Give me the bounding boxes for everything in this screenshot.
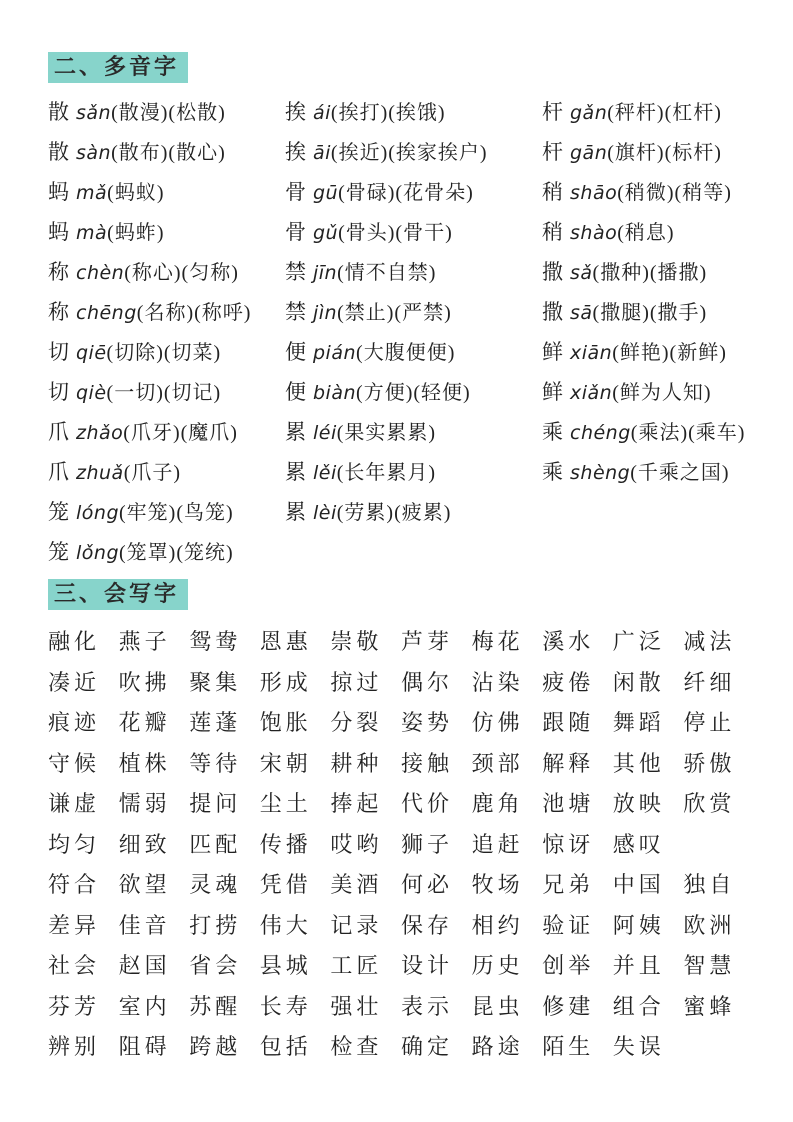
- entry-character: 爪: [48, 420, 69, 444]
- entry-example-words: (挨打)(挨饿): [331, 102, 446, 124]
- entry-pinyin: āi: [313, 142, 331, 164]
- word-item: 检查: [330, 1030, 401, 1061]
- entry-pinyin: shèng: [570, 462, 630, 484]
- entry-character: 累: [285, 420, 306, 444]
- word-item: 纤细: [683, 666, 754, 697]
- entry-pinyin: zhǎo: [76, 422, 123, 444]
- word-item: 欲望: [119, 868, 190, 899]
- word-item: 验证: [542, 909, 613, 940]
- duoyinzi-entry: 稍shāo(稍微)(稍等): [542, 172, 757, 212]
- duoyinzi-entry: 禁jìn(禁止)(严禁): [285, 292, 542, 332]
- word-item: 智慧: [683, 949, 754, 980]
- entry-character: 爪: [48, 460, 69, 484]
- word-item: 传播: [260, 828, 331, 859]
- duoyinzi-entry: 散sàn(散布)(散心): [48, 132, 285, 172]
- word-item: 吹拂: [119, 666, 190, 697]
- word-item: 掠过: [330, 666, 401, 697]
- entry-example-words: (名称)(称呼): [137, 302, 252, 324]
- word-item: 广泛: [613, 625, 684, 656]
- word-item: 捧起: [330, 787, 401, 818]
- word-item: 强壮: [330, 990, 401, 1021]
- duoyinzi-heading: 二、多音字: [48, 52, 188, 83]
- huixiezi-heading: 三、会写字: [48, 579, 188, 610]
- word-item: 跨越: [189, 1030, 260, 1061]
- word-item: 舞蹈: [613, 706, 684, 737]
- entry-example-words: (骨碌)(花骨朵): [338, 182, 474, 204]
- word-item: 记录: [330, 909, 401, 940]
- word-item: 芦芽: [401, 625, 472, 656]
- entry-example-words: (鲜为人知): [612, 382, 711, 404]
- word-item: 保存: [401, 909, 472, 940]
- word-item: 骄傲: [683, 747, 754, 778]
- word-item: 芬芳: [48, 990, 119, 1021]
- entry-character: 称: [48, 260, 69, 284]
- word-item: 颈部: [472, 747, 543, 778]
- entry-character: 累: [285, 460, 306, 484]
- duoyinzi-entry: 挨ái(挨打)(挨饿): [285, 92, 542, 132]
- word-item: 梅花: [472, 625, 543, 656]
- entry-example-words: (挨近)(挨家挨户): [331, 142, 488, 164]
- word-item: 组合: [613, 990, 684, 1021]
- entry-example-words: (笼罩)(笼统): [119, 542, 234, 564]
- word-item: 凭借: [260, 868, 331, 899]
- duoyinzi-column-2: 挨ái(挨打)(挨饿)挨āi(挨近)(挨家挨户)骨gū(骨碌)(花骨朵)骨gǔ(…: [285, 92, 542, 572]
- entry-example-words: (鲜艳)(新鲜): [612, 342, 727, 364]
- word-item: 放映: [613, 787, 684, 818]
- entry-pinyin: lǒng: [76, 542, 119, 564]
- word-item: 牧场: [472, 868, 543, 899]
- word-item: 室内: [119, 990, 190, 1021]
- word-item: 停止: [683, 706, 754, 737]
- entry-example-words: (撒腿)(撒手): [593, 302, 708, 324]
- entry-example-words: (蚂蚱): [107, 222, 164, 244]
- word-item: 哎哟: [330, 828, 401, 859]
- word-item: 沾染: [472, 666, 543, 697]
- section-huixiezi: 三、会写字 融化燕子鸳鸯恩惠崇敬芦芽梅花溪水广泛减法凑近吹拂聚集形成掠过偶尔沾染…: [48, 579, 757, 1066]
- entry-pinyin: sā: [570, 302, 593, 324]
- entry-character: 蚂: [48, 220, 69, 244]
- duoyinzi-entry: 撒sǎ(撒种)(播撒): [542, 252, 757, 292]
- entry-example-words: (骨头)(骨干): [338, 222, 453, 244]
- duoyinzi-entry: 蚂mǎ(蚂蚁): [48, 172, 285, 212]
- entry-example-words: (禁止)(严禁): [337, 302, 452, 324]
- word-item: 仿佛: [472, 706, 543, 737]
- word-item: 莲蓬: [189, 706, 260, 737]
- entry-character: 稍: [542, 180, 563, 204]
- word-item: 宋朝: [260, 747, 331, 778]
- entry-example-words: (切除)(切菜): [107, 342, 222, 364]
- entry-example-words: (情不自禁): [337, 262, 436, 284]
- duoyinzi-entry: 累léi(果实累累): [285, 412, 542, 452]
- entry-character: 便: [285, 340, 306, 364]
- entry-pinyin: chēng: [76, 302, 137, 324]
- entry-pinyin: lěi: [313, 462, 337, 484]
- entry-example-words: (秤杆)(杠杆): [607, 102, 722, 124]
- entry-character: 切: [48, 340, 69, 364]
- entry-pinyin: gān: [570, 142, 607, 164]
- entry-character: 称: [48, 300, 69, 324]
- word-item: 解释: [542, 747, 613, 778]
- duoyinzi-entry: 切qiē(切除)(切菜): [48, 332, 285, 372]
- word-item: 昆虫: [472, 990, 543, 1021]
- word-item: 设计: [401, 949, 472, 980]
- entry-character: 撒: [542, 300, 563, 324]
- entry-character: 累: [285, 500, 306, 524]
- word-item: 失误: [613, 1030, 684, 1061]
- word-item: 狮子: [401, 828, 472, 859]
- entry-pinyin: léi: [313, 422, 337, 444]
- word-item: 省会: [189, 949, 260, 980]
- word-item: 差异: [48, 909, 119, 940]
- duoyinzi-entry: 乘shèng(千乘之国): [542, 452, 757, 492]
- duoyinzi-entry: 骨gǔ(骨头)(骨干): [285, 212, 542, 252]
- entry-character: 散: [48, 140, 69, 164]
- word-item: 独自: [683, 868, 754, 899]
- entry-pinyin: ái: [313, 102, 331, 124]
- word-item: 伟大: [260, 909, 331, 940]
- word-item: 痕迹: [48, 706, 119, 737]
- word-item: 灵魂: [189, 868, 260, 899]
- word-item: 辨别: [48, 1030, 119, 1061]
- huixiezi-word-grid: 融化燕子鸳鸯恩惠崇敬芦芽梅花溪水广泛减法凑近吹拂聚集形成掠过偶尔沾染疲倦闲散纤细…: [48, 620, 754, 1066]
- word-item: 均匀: [48, 828, 119, 859]
- word-item: 何必: [401, 868, 472, 899]
- entry-pinyin: sǎ: [570, 262, 593, 284]
- duoyinzi-entry: 累lěi(长年累月): [285, 452, 542, 492]
- word-item: 阻碍: [119, 1030, 190, 1061]
- entry-pinyin: sàn: [76, 142, 111, 164]
- word-item: 表示: [401, 990, 472, 1021]
- entry-pinyin: biàn: [313, 382, 356, 404]
- entry-character: 禁: [285, 300, 306, 324]
- word-item: 匹配: [189, 828, 260, 859]
- word-item: 创举: [542, 949, 613, 980]
- entry-example-words: (方便)(轻便): [356, 382, 471, 404]
- entry-character: 挨: [285, 100, 306, 124]
- word-item: 路途: [472, 1030, 543, 1061]
- entry-character: 杆: [542, 100, 563, 124]
- entry-example-words: (称心)(匀称): [124, 262, 239, 284]
- duoyinzi-entry: 便pián(大腹便便): [285, 332, 542, 372]
- entry-pinyin: lèi: [313, 502, 337, 524]
- entry-example-words: (蚂蚁): [107, 182, 164, 204]
- entry-character: 鲜: [542, 380, 563, 404]
- entry-pinyin: pián: [313, 342, 356, 364]
- word-item: 植株: [119, 747, 190, 778]
- word-item: 蜜蜂: [683, 990, 754, 1021]
- entry-example-words: (爪子): [124, 462, 181, 484]
- entry-pinyin: lóng: [76, 502, 119, 524]
- duoyinzi-entry: 乘chéng(乘法)(乘车): [542, 412, 757, 452]
- word-item: 打捞: [189, 909, 260, 940]
- entry-pinyin: gǔ: [313, 222, 338, 244]
- word-item: 社会: [48, 949, 119, 980]
- word-item: 接触: [401, 747, 472, 778]
- entry-character: 稍: [542, 220, 563, 244]
- worksheet-page: 二、多音字 散sǎn(散漫)(松散)散sàn(散布)(散心)蚂mǎ(蚂蚁)蚂mà…: [0, 0, 793, 1122]
- word-item: 工匠: [330, 949, 401, 980]
- duoyinzi-entry: 爪zhǎo(爪牙)(魔爪): [48, 412, 285, 452]
- word-item: 陌生: [542, 1030, 613, 1061]
- duoyinzi-columns: 散sǎn(散漫)(松散)散sàn(散布)(散心)蚂mǎ(蚂蚁)蚂mà(蚂蚱)称c…: [48, 92, 757, 572]
- duoyinzi-entry: 笼lǒng(笼罩)(笼统): [48, 532, 285, 572]
- entry-example-words: (千乘之国): [630, 462, 729, 484]
- word-item: 中国: [613, 868, 684, 899]
- word-item: 鸳鸯: [189, 625, 260, 656]
- word-item: 确定: [401, 1030, 472, 1061]
- entry-pinyin: xiǎn: [570, 382, 612, 404]
- entry-pinyin: shào: [570, 222, 617, 244]
- entry-pinyin: zhuǎ: [76, 462, 124, 484]
- duoyinzi-entry: 蚂mà(蚂蚱): [48, 212, 285, 252]
- word-item: 长寿: [260, 990, 331, 1021]
- entry-character: 蚂: [48, 180, 69, 204]
- word-item: 并且: [613, 949, 684, 980]
- word-item: 阿姨: [613, 909, 684, 940]
- entry-character: 挨: [285, 140, 306, 164]
- duoyinzi-entry: 杆gān(旗杆)(标杆): [542, 132, 757, 172]
- word-item: 等待: [189, 747, 260, 778]
- duoyinzi-entry: 鲜xiān(鲜艳)(新鲜): [542, 332, 757, 372]
- duoyinzi-entry: 笼lóng(牢笼)(鸟笼): [48, 492, 285, 532]
- word-item: 燕子: [119, 625, 190, 656]
- entry-pinyin: mà: [76, 222, 107, 244]
- entry-pinyin: jīn: [313, 262, 337, 284]
- entry-character: 散: [48, 100, 69, 124]
- duoyinzi-entry: 撒sā(撒腿)(撒手): [542, 292, 757, 332]
- duoyinzi-entry: 散sǎn(散漫)(松散): [48, 92, 285, 132]
- entry-example-words: (旗杆)(标杆): [607, 142, 722, 164]
- entry-pinyin: sǎn: [76, 102, 111, 124]
- duoyinzi-entry: 累lèi(劳累)(疲累): [285, 492, 542, 532]
- word-item: 疲倦: [542, 666, 613, 697]
- word-item: 美酒: [330, 868, 401, 899]
- entry-example-words: (散布)(散心): [111, 142, 226, 164]
- word-item: 饱胀: [260, 706, 331, 737]
- section-duoyinzi: 二、多音字 散sǎn(散漫)(松散)散sàn(散布)(散心)蚂mǎ(蚂蚁)蚂mà…: [48, 52, 757, 572]
- word-item: 惊讶: [542, 828, 613, 859]
- word-item: 谦虚: [48, 787, 119, 818]
- word-item: 提问: [189, 787, 260, 818]
- duoyinzi-entry: 杆gǎn(秤杆)(杠杆): [542, 92, 757, 132]
- entry-character: 骨: [285, 180, 306, 204]
- entry-example-words: (稍微)(稍等): [617, 182, 732, 204]
- word-item: 修建: [542, 990, 613, 1021]
- word-item: 守候: [48, 747, 119, 778]
- word-item: 花瓣: [119, 706, 190, 737]
- word-item: 偶尔: [401, 666, 472, 697]
- duoyinzi-entry: 切qiè(一切)(切记): [48, 372, 285, 412]
- duoyinzi-entry: 骨gū(骨碌)(花骨朵): [285, 172, 542, 212]
- word-item: 代价: [401, 787, 472, 818]
- word-item: 跟随: [542, 706, 613, 737]
- entry-character: 便: [285, 380, 306, 404]
- entry-character: 笼: [48, 540, 69, 564]
- word-item: 池塘: [542, 787, 613, 818]
- entry-example-words: (撒种)(播撒): [593, 262, 708, 284]
- entry-pinyin: gǎn: [570, 102, 607, 124]
- word-item: 其他: [613, 747, 684, 778]
- word-item: 细致: [119, 828, 190, 859]
- word-item: 赵国: [119, 949, 190, 980]
- duoyinzi-entry: 爪zhuǎ(爪子): [48, 452, 285, 492]
- word-item: 融化: [48, 625, 119, 656]
- word-item: 聚集: [189, 666, 260, 697]
- entry-example-words: (牢笼)(鸟笼): [119, 502, 234, 524]
- entry-pinyin: mǎ: [76, 182, 107, 204]
- entry-character: 乘: [542, 420, 563, 444]
- word-item: 兄弟: [542, 868, 613, 899]
- entry-pinyin: gū: [313, 182, 338, 204]
- entry-character: 乘: [542, 460, 563, 484]
- word-item: 历史: [472, 949, 543, 980]
- duoyinzi-entry: 称chēng(名称)(称呼): [48, 292, 285, 332]
- entry-pinyin: jìn: [313, 302, 337, 324]
- entry-pinyin: shāo: [570, 182, 617, 204]
- word-item: 凑近: [48, 666, 119, 697]
- word-item: 苏醒: [189, 990, 260, 1021]
- entry-example-words: (大腹便便): [356, 342, 455, 364]
- word-item: 崇敬: [330, 625, 401, 656]
- word-item: 鹿角: [472, 787, 543, 818]
- entry-example-words: (爪牙)(魔爪): [123, 422, 238, 444]
- entry-example-words: (果实累累): [337, 422, 436, 444]
- word-item: 减法: [683, 625, 754, 656]
- word-item: 感叹: [613, 828, 684, 859]
- entry-pinyin: qiè: [76, 382, 107, 404]
- word-item: 相约: [472, 909, 543, 940]
- word-item: 分裂: [330, 706, 401, 737]
- duoyinzi-entry: 稍shào(稍息): [542, 212, 757, 252]
- entry-example-words: (乘法)(乘车): [631, 422, 746, 444]
- entry-character: 笼: [48, 500, 69, 524]
- entry-example-words: (一切)(切记): [107, 382, 222, 404]
- duoyinzi-column-1: 散sǎn(散漫)(松散)散sàn(散布)(散心)蚂mǎ(蚂蚁)蚂mà(蚂蚱)称c…: [48, 92, 285, 572]
- entry-example-words: (稍息): [617, 222, 674, 244]
- duoyinzi-entry: 禁jīn(情不自禁): [285, 252, 542, 292]
- entry-character: 骨: [285, 220, 306, 244]
- duoyinzi-entry: 挨āi(挨近)(挨家挨户): [285, 132, 542, 172]
- word-item: 县城: [260, 949, 331, 980]
- word-item: 佳音: [119, 909, 190, 940]
- word-item: 尘土: [260, 787, 331, 818]
- word-item: 恩惠: [260, 625, 331, 656]
- entry-example-words: (散漫)(松散): [111, 102, 226, 124]
- word-item: 符合: [48, 868, 119, 899]
- word-item: 懦弱: [119, 787, 190, 818]
- word-item: 闲散: [613, 666, 684, 697]
- entry-pinyin: xiān: [570, 342, 612, 364]
- word-item: 形成: [260, 666, 331, 697]
- entry-character: 鲜: [542, 340, 563, 364]
- word-item: 欣赏: [683, 787, 754, 818]
- entry-pinyin: qiē: [76, 342, 107, 364]
- entry-pinyin: chèn: [76, 262, 124, 284]
- word-item: 欧洲: [683, 909, 754, 940]
- word-item: 追赶: [472, 828, 543, 859]
- word-item: 姿势: [401, 706, 472, 737]
- word-item: 包括: [260, 1030, 331, 1061]
- word-item: 溪水: [542, 625, 613, 656]
- entry-character: 禁: [285, 260, 306, 284]
- duoyinzi-entry: 便biàn(方便)(轻便): [285, 372, 542, 412]
- entry-example-words: (长年累月): [337, 462, 436, 484]
- entry-character: 切: [48, 380, 69, 404]
- entry-pinyin: chéng: [570, 422, 631, 444]
- entry-character: 杆: [542, 140, 563, 164]
- duoyinzi-column-3: 杆gǎn(秤杆)(杠杆)杆gān(旗杆)(标杆)稍shāo(稍微)(稍等)稍sh…: [542, 92, 757, 572]
- word-item: 耕种: [330, 747, 401, 778]
- entry-example-words: (劳累)(疲累): [337, 502, 452, 524]
- entry-character: 撒: [542, 260, 563, 284]
- duoyinzi-entry: 称chèn(称心)(匀称): [48, 252, 285, 292]
- duoyinzi-entry: 鲜xiǎn(鲜为人知): [542, 372, 757, 412]
